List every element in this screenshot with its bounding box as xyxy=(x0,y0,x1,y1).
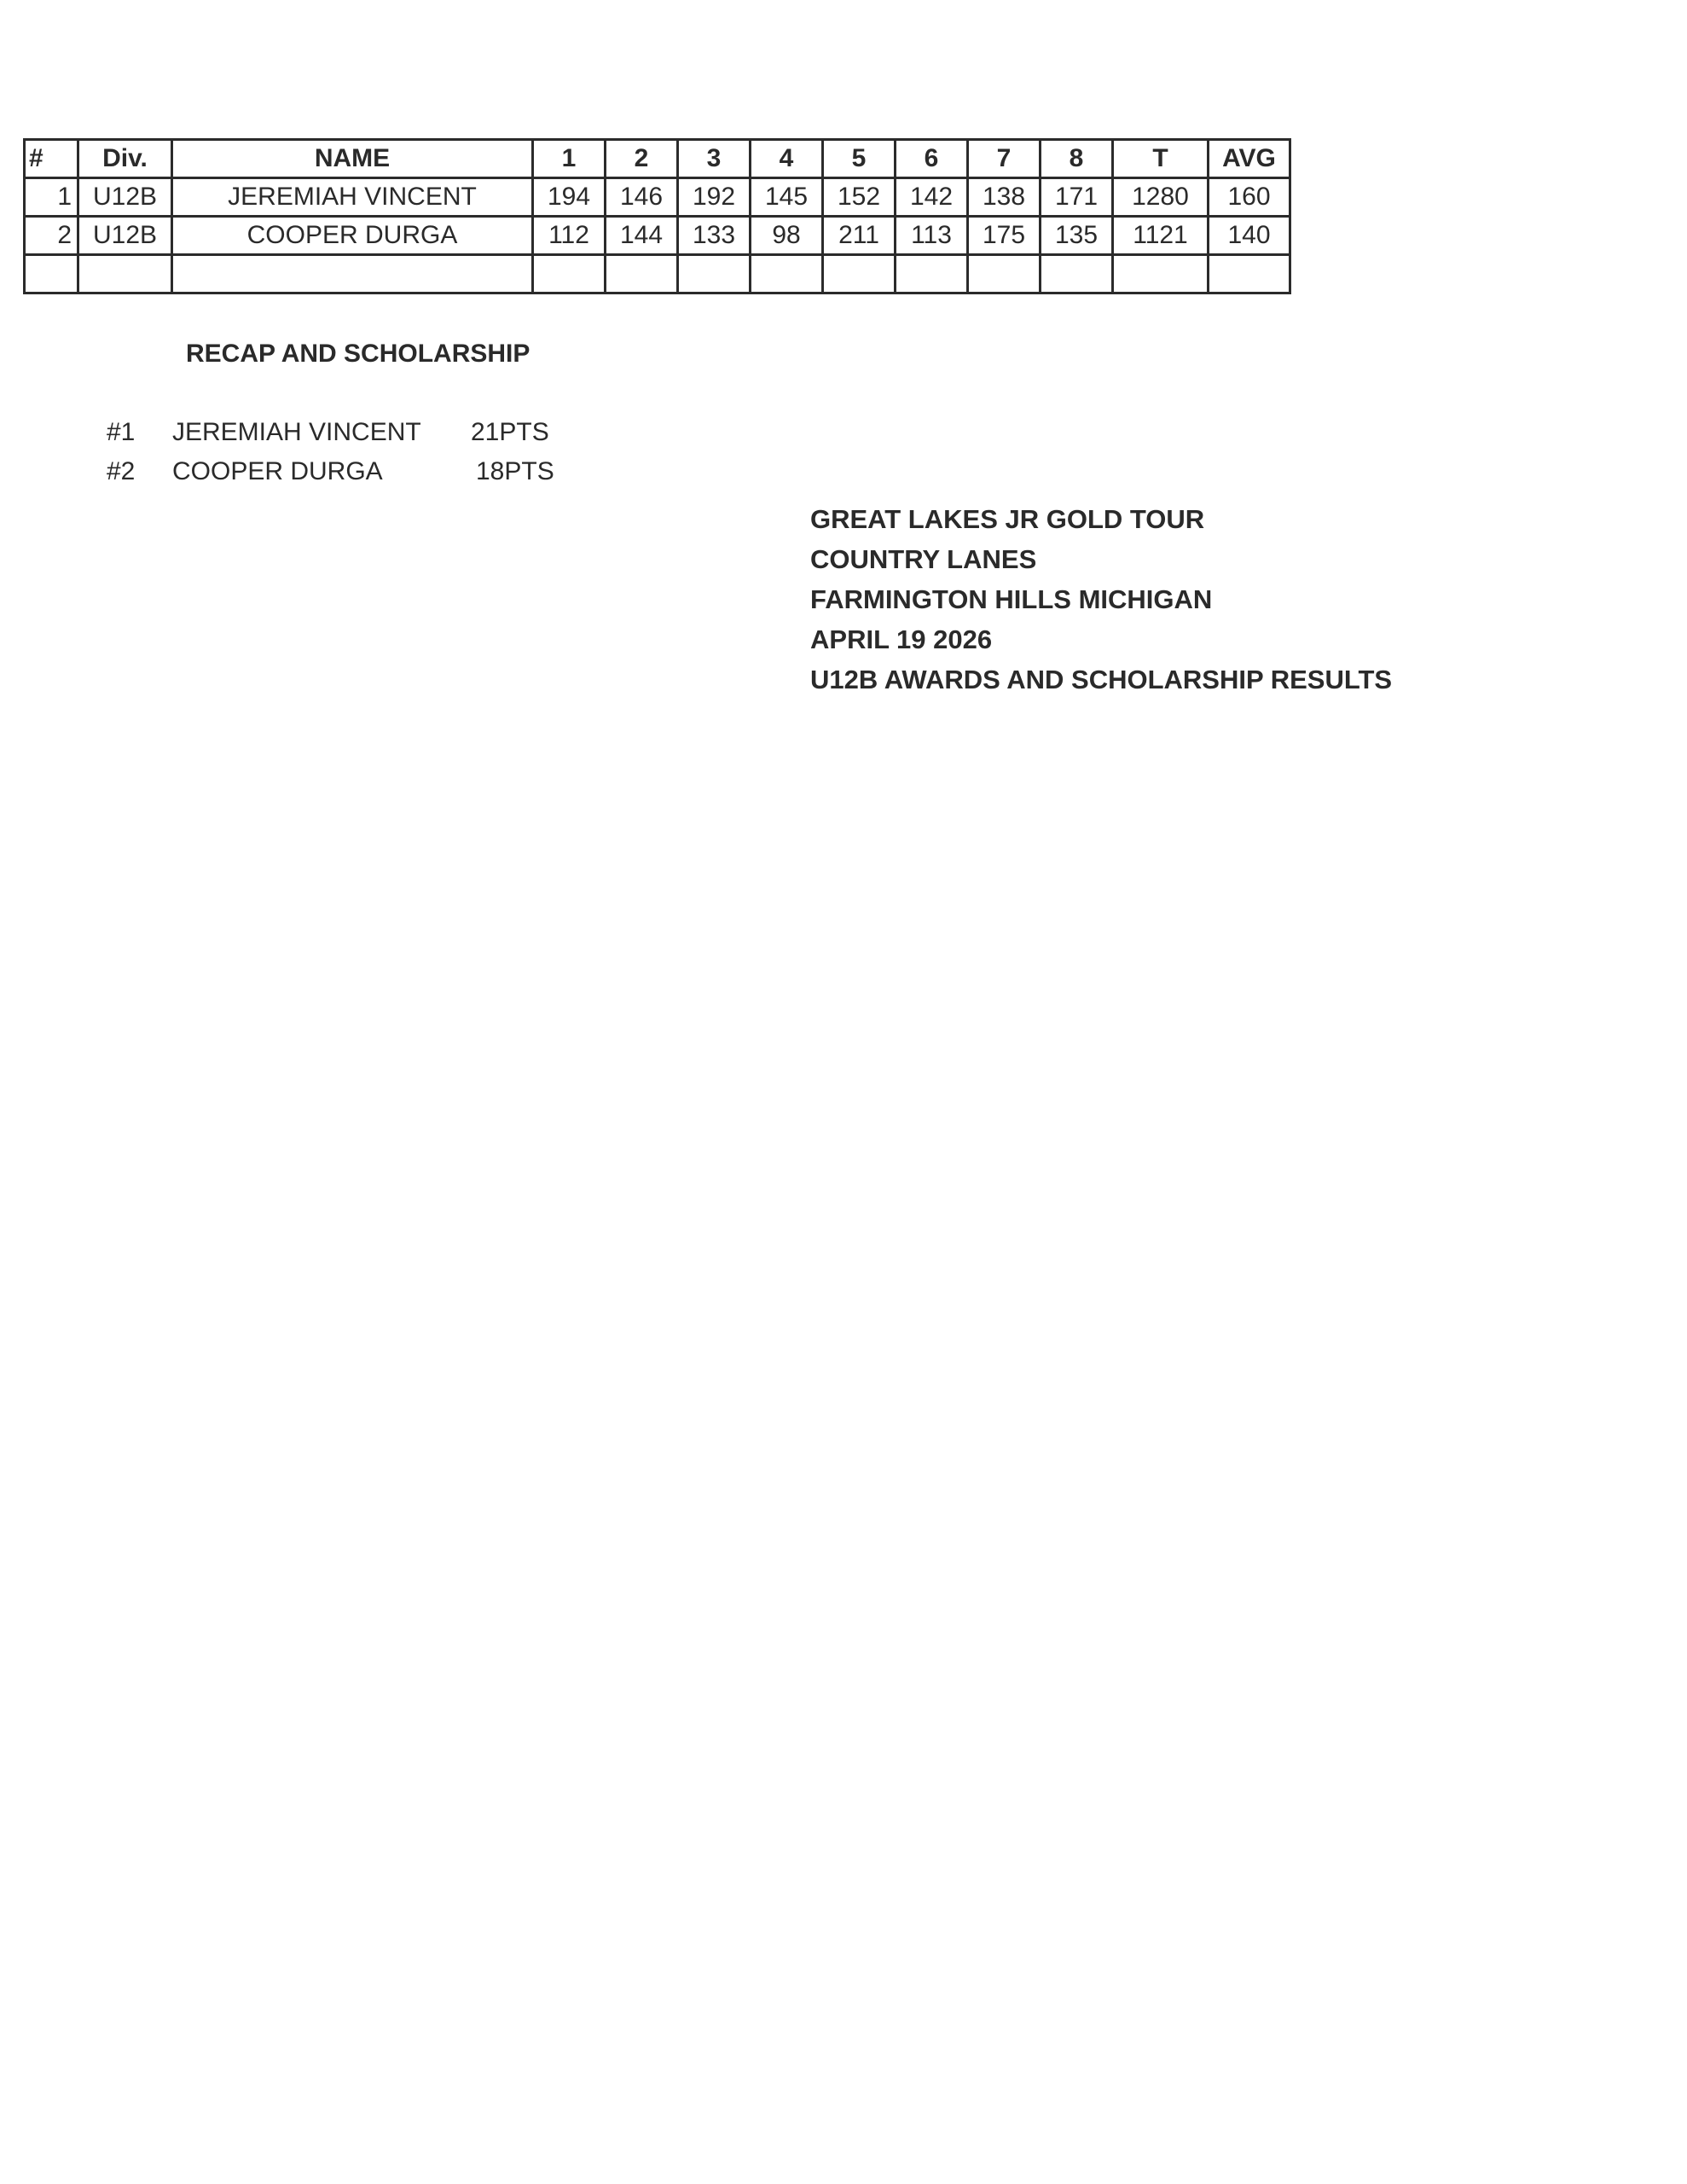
recap-title: RECAP AND SCHOLARSHIP xyxy=(186,340,530,369)
recap-place: #1 xyxy=(107,418,135,447)
header-name: NAME xyxy=(172,140,533,178)
cell-div: U12B xyxy=(78,217,172,255)
header-game-2: 2 xyxy=(606,140,678,178)
cell-game-1: 112 xyxy=(533,217,606,255)
cell-total: 1121 xyxy=(1113,217,1209,255)
cell-avg: 160 xyxy=(1209,178,1290,217)
cell-game-7: 138 xyxy=(968,178,1041,217)
recap-points: 18PTS xyxy=(476,457,554,486)
header-game-1: 1 xyxy=(533,140,606,178)
cell-game-2: 144 xyxy=(606,217,678,255)
cell-game-5: 152 xyxy=(823,178,896,217)
recap-name: JEREMIAH VINCENT xyxy=(172,418,421,447)
cell-avg: 140 xyxy=(1209,217,1290,255)
header-div: Div. xyxy=(78,140,172,178)
cell-rank: 1 xyxy=(25,178,78,217)
event-location: FARMINGTON HILLS MICHIGAN xyxy=(810,579,1392,619)
cell-game-8: 135 xyxy=(1041,217,1113,255)
header-rank: # xyxy=(25,140,78,178)
recap-place: #2 xyxy=(107,457,135,486)
document-title: U12B AWARDS AND SCHOLARSHIP RESULTS xyxy=(810,659,1392,700)
cell-game-6: 113 xyxy=(896,217,968,255)
cell-game-4: 98 xyxy=(751,217,823,255)
cell-game-3: 192 xyxy=(678,178,751,217)
event-info: GREAT LAKES JR GOLD TOUR COUNTRY LANES F… xyxy=(810,499,1392,700)
header-game-7: 7 xyxy=(968,140,1041,178)
recap-name: COOPER DURGA xyxy=(172,457,383,486)
cell-name: JEREMIAH VINCENT xyxy=(172,178,533,217)
cell-game-4: 145 xyxy=(751,178,823,217)
scores-table: # Div. NAME 1 2 3 4 5 6 7 8 T AVG 1 U12B… xyxy=(23,138,1291,294)
table-row: 2 U12B COOPER DURGA 112 144 133 98 211 1… xyxy=(25,217,1290,255)
header-game-6: 6 xyxy=(896,140,968,178)
empty-row xyxy=(25,255,1290,293)
header-row: # Div. NAME 1 2 3 4 5 6 7 8 T AVG xyxy=(25,140,1290,178)
header-game-8: 8 xyxy=(1041,140,1113,178)
header-avg: AVG xyxy=(1209,140,1290,178)
cell-game-7: 175 xyxy=(968,217,1041,255)
cell-game-8: 171 xyxy=(1041,178,1113,217)
header-total: T xyxy=(1113,140,1209,178)
event-date: APRIL 19 2026 xyxy=(810,619,1392,659)
cell-game-2: 146 xyxy=(606,178,678,217)
venue-name: COUNTRY LANES xyxy=(810,539,1392,579)
header-game-3: 3 xyxy=(678,140,751,178)
table-row: 1 U12B JEREMIAH VINCENT 194 146 192 145 … xyxy=(25,178,1290,217)
cell-game-3: 133 xyxy=(678,217,751,255)
header-game-4: 4 xyxy=(751,140,823,178)
recap-points: 21PTS xyxy=(471,418,549,447)
cell-div: U12B xyxy=(78,178,172,217)
tour-name: GREAT LAKES JR GOLD TOUR xyxy=(810,499,1392,539)
cell-rank: 2 xyxy=(25,217,78,255)
cell-game-5: 211 xyxy=(823,217,896,255)
cell-game-6: 142 xyxy=(896,178,968,217)
cell-game-1: 194 xyxy=(533,178,606,217)
cell-total: 1280 xyxy=(1113,178,1209,217)
header-game-5: 5 xyxy=(823,140,896,178)
cell-name: COOPER DURGA xyxy=(172,217,533,255)
